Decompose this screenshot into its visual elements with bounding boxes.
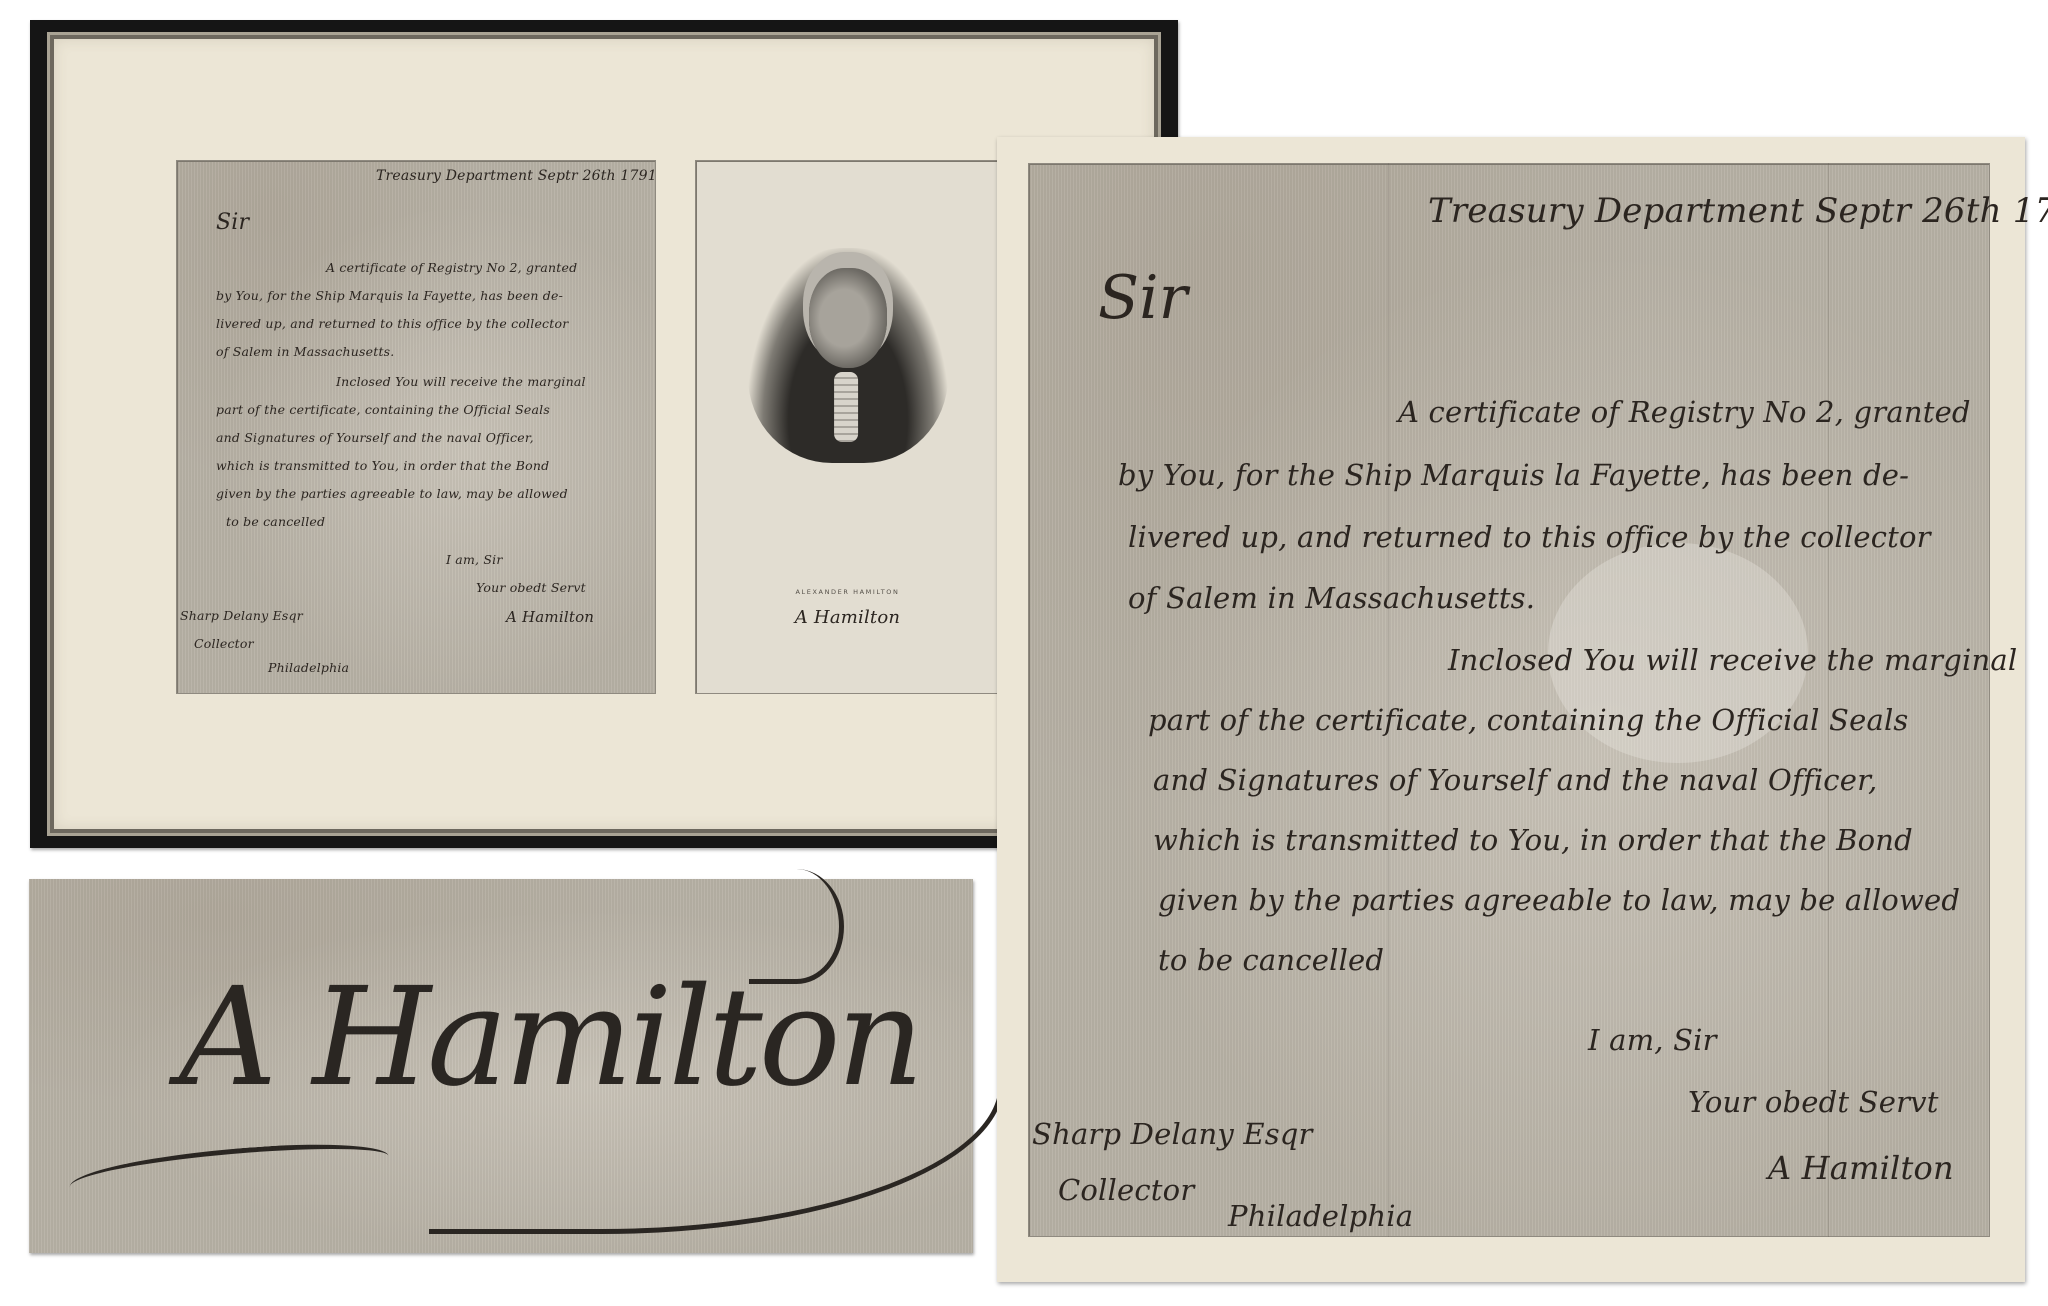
letter-line: which is transmitted to You, in order th… — [1153, 823, 1913, 857]
addressee-city: Philadelphia — [268, 660, 349, 675]
addressee-city: Philadelphia — [1228, 1199, 1413, 1233]
portrait-cravat — [834, 372, 858, 442]
letter-line: and Signatures of Yourself and the naval… — [216, 430, 534, 445]
letter-heading: Treasury Department Septr 26th 1791 — [1428, 191, 2048, 231]
letter-closing: Your obedt Servt — [1688, 1085, 1939, 1119]
addressee-name: Sharp Delany Esqr — [180, 608, 303, 623]
letter-signature: A Hamilton — [506, 608, 594, 626]
letter-line: by You, for the Ship Marquis la Fayette,… — [216, 288, 563, 303]
portrait-engraving: ALEXANDER HAMILTON A Hamilton — [695, 160, 1000, 694]
letter-line: Inclosed You will receive the marginal — [336, 374, 586, 389]
engraving-caption: ALEXANDER HAMILTON — [695, 588, 1000, 596]
addressee-title: Collector — [1058, 1173, 1194, 1207]
letter-line: and Signatures of Yourself and the naval… — [1153, 763, 1877, 797]
signature-underline-flourish — [429, 1019, 1004, 1234]
letter-line: given by the parties agreeable to law, m… — [1158, 883, 1960, 917]
letter-line: part of the certificate, containing the … — [216, 402, 550, 417]
letter-line: by You, for the Ship Marquis la Fayette,… — [1118, 458, 1909, 492]
letter-line: to be cancelled — [226, 514, 325, 529]
signature-detail-panel: A Hamilton — [29, 879, 973, 1253]
signature-underline-left — [68, 1138, 390, 1205]
enlarged-letter: Treasury Department Septr 26th 1791 Sir … — [1028, 163, 1990, 1237]
letter-line: livered up, and returned to this office … — [1128, 520, 1931, 554]
letter-line: livered up, and returned to this office … — [216, 316, 568, 331]
letter-line: to be cancelled — [1158, 943, 1384, 977]
letter-line: which is transmitted to You, in order th… — [216, 458, 549, 473]
portrait-head — [809, 268, 887, 368]
letter-line: given by the parties agreeable to law, m… — [216, 486, 568, 501]
letter-closing: I am, Sir — [446, 552, 503, 567]
letter-salutation: Sir — [216, 210, 249, 235]
letter-signature: A Hamilton — [1768, 1149, 1954, 1187]
engraving-signature: A Hamilton — [695, 607, 1000, 628]
enlarged-letter-mat: Treasury Department Septr 26th 1791 Sir … — [997, 137, 2025, 1282]
addressee-name: Sharp Delany Esqr — [1032, 1117, 1313, 1151]
framed-letter: Treasury Department Septr 26th 1791 Sir … — [176, 160, 656, 694]
letter-closing: I am, Sir — [1588, 1023, 1717, 1057]
letter-closing: Your obedt Servt — [476, 580, 586, 595]
letter-line: part of the certificate, containing the … — [1148, 703, 1909, 737]
fold-line — [1388, 163, 1389, 1237]
letter-line: of Salem in Massachusetts. — [1128, 581, 1535, 615]
letter-heading: Treasury Department Septr 26th 1791 — [376, 168, 657, 184]
letter-salutation: Sir — [1098, 263, 1188, 333]
letter-line: A certificate of Registry No 2, granted — [326, 260, 577, 275]
fold-line — [1828, 163, 1829, 1237]
addressee-title: Collector — [194, 636, 254, 651]
letter-line: Inclosed You will receive the marginal — [1448, 643, 2017, 677]
letter-line: A certificate of Registry No 2, granted — [1398, 395, 1971, 429]
letter-line: of Salem in Massachusetts. — [216, 344, 394, 359]
